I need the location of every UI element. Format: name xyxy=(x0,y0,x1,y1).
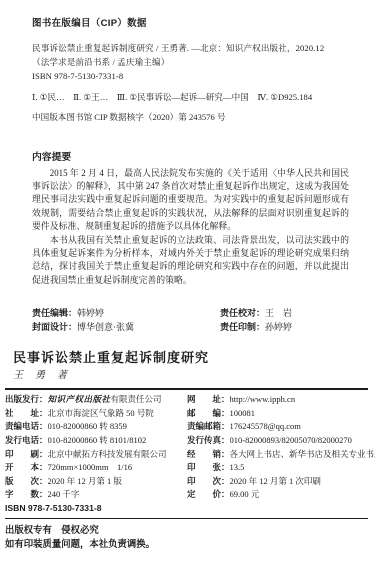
colophon-row-format: 开 本：720mm×1000mm 1/16 印 张：13.5 xyxy=(5,461,368,475)
colophon-value-distribution-phone: 010-82000860 转 8101/8102 xyxy=(48,434,147,448)
colophon-label-wordcount: 字 数： xyxy=(5,488,48,502)
colophon-label-price: 定 价： xyxy=(187,488,230,502)
copyright-page: 图书在版编目（CIP）数据 民事诉讼禁止重复起诉制度研究 / 王勇著. —北京：… xyxy=(0,0,375,564)
cip-record-number: 中国版本图书馆 CIP 数据核字（2020）第 243576 号 xyxy=(32,111,349,124)
colophon-row-edition: 版 次：2020 年 12 月第 1 版 印 次：2020 年 12 月第 1 … xyxy=(5,475,368,489)
colophon-value-distributor: 各大网上书店、新华书店及相关专业书店 xyxy=(230,448,375,462)
credit-label-print-supervisor: 责任印制： xyxy=(220,320,265,334)
credits-row-2: 封面设计：博华创意·张冀 责任印制：孙婷婷 xyxy=(32,320,349,334)
colophon-label-sheets: 印 张： xyxy=(187,461,230,475)
book-author: 王 勇 著 xyxy=(13,370,375,382)
colophon-label-impression: 印 次： xyxy=(187,475,230,489)
colophon-label-editor-email: 责编邮箱： xyxy=(187,420,230,434)
credits-row-1: 责任编辑：韩婷婷 责任校对：王 岩 xyxy=(32,306,349,320)
cip-heading: 图书在版编目（CIP）数据 xyxy=(32,15,349,29)
colophon-row-address: 社 址：北京市海淀区气象路 50 号院 邮 编：100081 xyxy=(5,407,368,421)
credit-value-proofreader: 王 岩 xyxy=(265,306,292,320)
colophon-label-edition: 版 次： xyxy=(5,475,48,489)
abstract-paragraph-1: 2015 年 2 月 4 日，最高人民法院发布实施的《关于适用〈中华人民共和国民… xyxy=(32,167,349,234)
credit-label-cover-design: 封面设计： xyxy=(32,320,77,334)
colophon-value-price: 69.00 元 xyxy=(230,488,260,502)
colophon-value-format: 720mm×1000mm 1/16 xyxy=(48,461,133,475)
book-title: 民事诉讼禁止重复起诉制度研究 xyxy=(13,350,375,365)
colophon-isbn: ISBN 978-7-5130-7331-8 xyxy=(5,502,368,516)
cip-block: 图书在版编目（CIP）数据 民事诉讼禁止重复起诉制度研究 / 王勇著. —北京：… xyxy=(0,15,375,334)
colophon-value-address: 北京市海淀区气象路 50 号院 xyxy=(48,407,154,421)
cip-series-line: （法学求是前沿书系 / 孟庆瑜主编） xyxy=(32,55,349,69)
abstract-body: 2015 年 2 月 4 日，最高人民法院发布实施的《关于适用〈中华人民共和国民… xyxy=(32,167,349,288)
colophon-label-format: 开 本： xyxy=(5,461,48,475)
quality-notice: 如有印装质量问题，本社负责调换。 xyxy=(5,537,375,552)
credit-value-print-supervisor: 孙婷婷 xyxy=(265,320,292,334)
colophon-label-distribution-phone: 发行电话： xyxy=(5,434,48,448)
colophon-label-editor-phone: 责编电话： xyxy=(5,420,48,434)
colophon-value-printer: 北京中献拓方科技发展有限公司 xyxy=(48,448,167,462)
credit-value-editor: 韩婷婷 xyxy=(77,306,104,320)
footer-notices: 出版权专有 侵权必究 如有印装质量问题，本社负责调换。 xyxy=(0,523,375,552)
colophon-label-printer: 印 刷： xyxy=(5,448,48,462)
colophon-value-impression: 2020 年 12 月第 1 次印刷 xyxy=(230,475,321,489)
colophon-value-sheets: 13.5 xyxy=(230,461,245,475)
credits-block: 责任编辑：韩婷婷 责任校对：王 岩 封面设计：博华创意·张冀 责任印制：孙婷婷 xyxy=(32,306,349,334)
colophon-value-distribution-fax: 010-82000893/82005070/82000270 xyxy=(230,434,352,448)
colophon-row-editor-phone: 责编电话：010-82000860 转 8359 责编邮箱：176245578@… xyxy=(5,420,368,434)
abstract-heading: 内容提要 xyxy=(32,149,349,163)
publisher-suffix: 有限责任公司 xyxy=(111,393,162,407)
colophon-label-publisher: 出版发行： xyxy=(5,393,48,407)
colophon-row-publisher: 出版发行：知识产权出版社有限责任公司 网 址：http://www.ipph.c… xyxy=(5,393,368,407)
colophon-value-editor-phone: 010-82000860 转 8359 xyxy=(48,420,127,434)
abstract-paragraph-2: 本书从我国有关禁止重复起诉的立法政策、司法背景出发，以司法实践中的具体重复起诉案… xyxy=(32,234,349,288)
credit-label-editor: 责任编辑： xyxy=(32,306,77,320)
title-block: 民事诉讼禁止重复起诉制度研究 王 勇 著 xyxy=(0,350,375,382)
rights-notice: 出版权专有 侵权必究 xyxy=(5,523,375,538)
colophon-label-website: 网 址： xyxy=(187,393,230,407)
divider-rule-top xyxy=(5,388,368,390)
divider-rule-bottom xyxy=(5,518,368,519)
publisher-script-logotype: 知识产权出版社 xyxy=(48,393,111,407)
colophon-value-editor-email: 176245578@qq.com xyxy=(230,420,301,434)
colophon-value-edition: 2020 年 12 月第 1 版 xyxy=(48,475,122,489)
colophon-value-website: http://www.ipph.cn xyxy=(230,393,296,407)
cip-title-line: 民事诉讼禁止重复起诉制度研究 / 王勇著. —北京：知识产权出版社，2020.1… xyxy=(32,41,349,55)
colophon-label-address: 社 址： xyxy=(5,407,48,421)
colophon-value-wordcount: 240 千字 xyxy=(48,488,80,502)
colophon-value-postcode: 100081 xyxy=(230,407,256,421)
colophon-label-distributor: 经 销： xyxy=(187,448,230,462)
cip-isbn: ISBN 978-7-5130-7331-8 xyxy=(32,69,349,83)
colophon-label-postcode: 邮 编： xyxy=(187,407,230,421)
colophon-row-printer: 印 刷：北京中献拓方科技发展有限公司 经 销：各大网上书店、新华书店及相关专业书… xyxy=(5,448,368,462)
colophon-block: 出版发行：知识产权出版社有限责任公司 网 址：http://www.ipph.c… xyxy=(0,393,375,515)
credit-label-proofreader: 责任校对： xyxy=(220,306,265,320)
cip-classification: Ⅰ. ①民… Ⅱ. ①王… Ⅲ. ①民事诉讼—起诉—研究—中国 Ⅳ. ①D925… xyxy=(32,91,349,104)
credit-value-cover-design: 博华创意·张冀 xyxy=(77,320,134,334)
colophon-row-distribution-phone: 发行电话：010-82000860 转 8101/8102 发行传真：010-8… xyxy=(5,434,368,448)
colophon-row-wordcount: 字 数：240 千字 定 价：69.00 元 xyxy=(5,488,368,502)
colophon-label-distribution-fax: 发行传真： xyxy=(187,434,230,448)
